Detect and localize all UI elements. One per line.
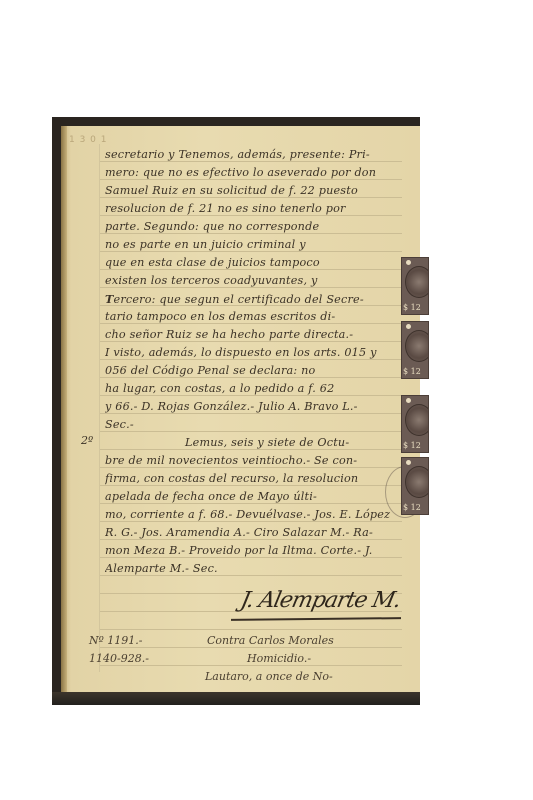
coat-of-arms-icon [405,266,429,298]
crime-label: Homicidio.- [247,652,311,665]
revenue-stamp: $ 12 [401,457,429,515]
section-line: bre de mil novecientos veintiocho.- Se c… [105,452,396,470]
coat-of-arms-icon [405,404,429,436]
body-line: existen los terceros coadyuvantes, y [105,272,396,290]
coat-of-arms-icon [405,466,429,498]
body-line: no es parte en un juicio criminal y [105,236,396,254]
body-line: y 66.- D. Rojas González.- Julio A. Brav… [105,398,396,416]
scanned-page-photo: 1 3 0 1 secretario y Tenemos, además, pr… [52,117,420,705]
case-title: Contra Carlos Morales [207,634,334,647]
revenue-stamp: $ 12 [401,257,429,315]
body-line: ha lugar, con costas, a lo pedido a f. 6… [105,380,396,398]
page-bottom-shadow [52,692,420,705]
stamp-dot-icon [406,460,411,465]
stamp-value: $ 12 [403,367,421,376]
closing-line: Lautaro, a once de No- [205,670,333,683]
margin-rule [99,144,100,672]
revenue-stamp: $ 12 [401,321,429,379]
stamp-value: $ 12 [403,303,421,312]
stamp-dot-icon [406,260,411,265]
case-number: Nº 1191.- [89,634,143,647]
coat-of-arms-icon [405,330,429,362]
section-line: firma, con costas del recurso, la resolu… [105,470,396,488]
stamp-dot-icon [406,398,411,403]
revenue-stamps: $ 12 $ 12 $ 12 $ 12 [401,257,429,519]
section-line: apelada de fecha once de Mayo últi- [105,488,396,506]
section-line: mo, corriente a f. 68.- Devuélvase.- Jos… [105,506,396,524]
body-line: que en esta clase de juicios tampoco [105,254,396,272]
folio-reference: 1140-928.- [89,652,149,665]
body-line: resolucion de f. 21 no es sino tenerlo p… [105,200,396,218]
handwritten-body: secretario y Tenemos, además, presente: … [105,146,396,578]
body-line: Sec.- [105,416,396,434]
stamp-value: $ 12 [403,503,421,512]
revenue-stamp: $ 12 [401,395,429,453]
body-line: secretario y Tenemos, además, presente: … [105,146,396,164]
body-line: I visto, además, lo dispuesto en los art… [105,344,396,362]
body-line: parte. Segundo: que no corresponde [105,218,396,236]
section-number: 2º [81,434,93,447]
body-line: tario tampoco en los demas escritos di- [105,308,396,326]
body-line: mero: que no es efectivo lo aseverado po… [105,164,396,182]
signature: J. Alemparte M. [238,588,402,613]
body-line: Samuel Ruiz en su solicitud de f. 22 pue… [105,182,396,200]
body-line: Tercero: que segun el certificado del Se… [105,290,396,308]
section-line: mon Meza B.- Proveido por la Iltma. Cort… [105,542,396,560]
section-line: Lemus, seis y siete de Octu- [105,434,396,452]
ledger-page: 1 3 0 1 secretario y Tenemos, además, pr… [61,126,420,692]
section-line: R. G.- Jos. Aramendia A.- Ciro Salazar M… [105,524,396,542]
body-line: 056 del Código Penal se declara: no [105,362,396,380]
body-line: cho señor Ruiz se ha hecho parte directa… [105,326,396,344]
page-binding-edge [61,126,67,692]
case-footer: Nº 1191.- Contra Carlos Morales 1140-928… [89,634,400,688]
stamp-value: $ 12 [403,441,421,450]
stamp-dot-icon [406,324,411,329]
section-line: Alemparte M.- Sec. [105,560,396,578]
